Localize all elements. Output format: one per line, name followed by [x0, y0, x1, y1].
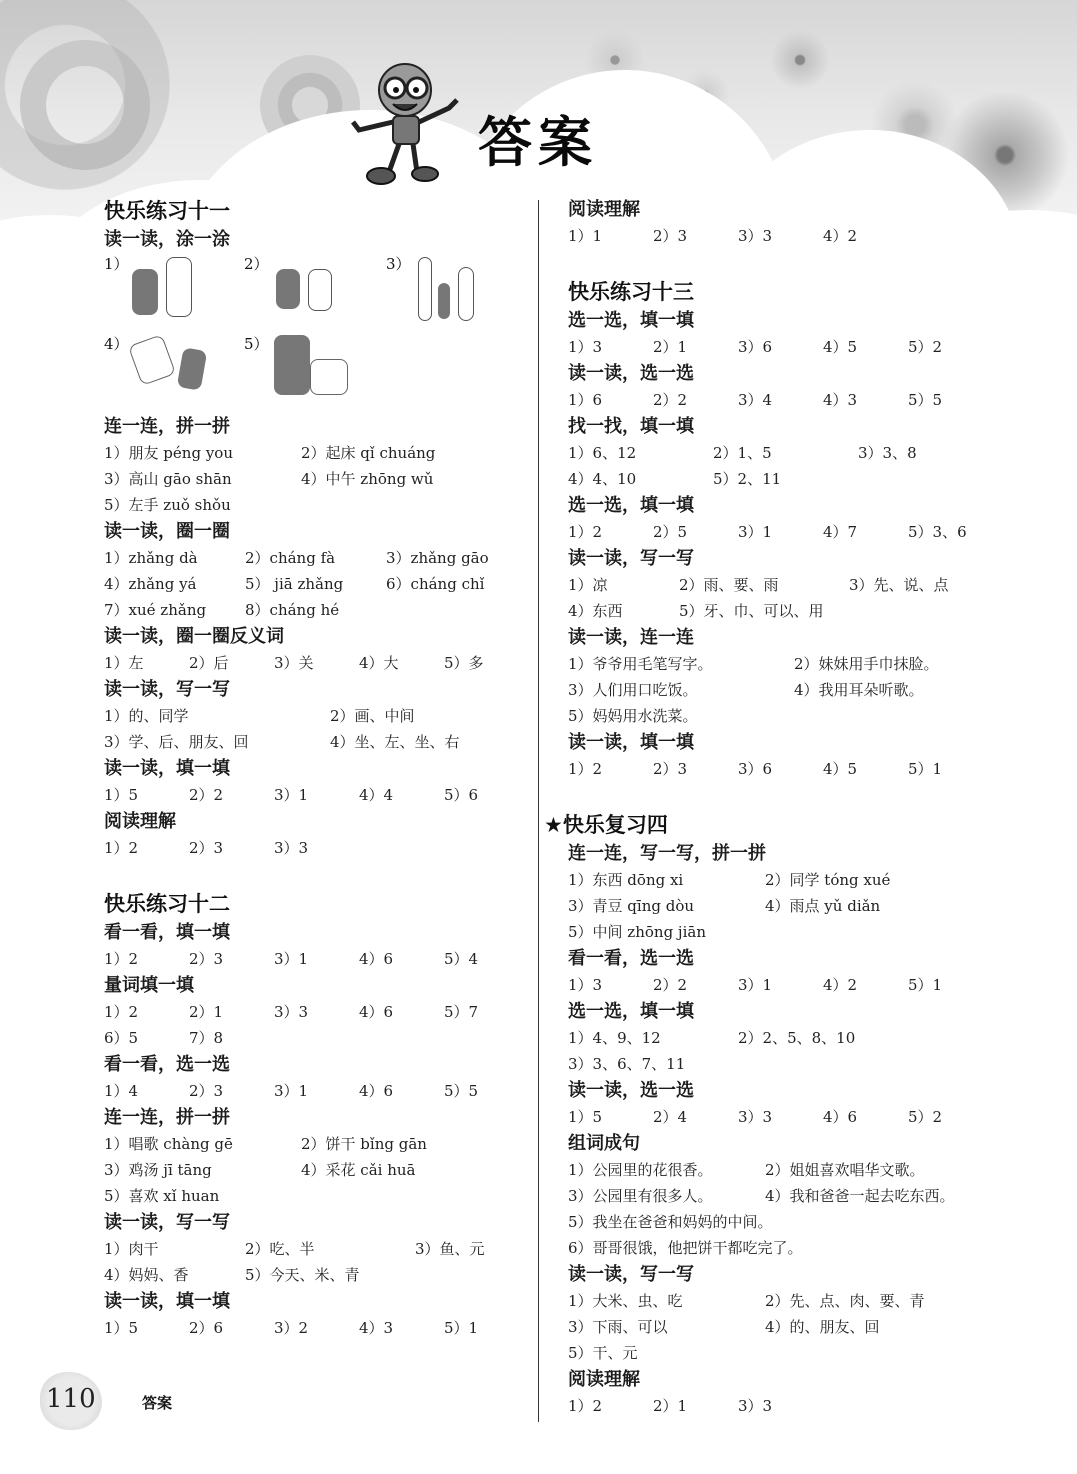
answer-item: 3）鱼、元	[415, 1236, 485, 1262]
answer-item: 1）2	[568, 519, 653, 545]
answer-row: 3）下雨、可以4）的、朋友、回	[568, 1314, 1038, 1340]
answer-item: 1）4、9、12	[568, 1025, 738, 1051]
answer-row: 1）4、9、122）2、5、8、10	[568, 1025, 1038, 1051]
subsection-title: 读一读，写一写	[104, 1209, 529, 1236]
answer-row: 1）左2）后3）关4）大5）多	[104, 650, 529, 676]
answer-item: 4）东西	[568, 598, 679, 624]
answer-item: 5）1	[444, 1315, 478, 1341]
answer-item: 4）坐、左、坐、右	[330, 729, 460, 755]
flower-decoration	[770, 30, 830, 90]
answer-item: 4）3	[823, 387, 908, 413]
column-divider	[538, 200, 539, 1422]
answer-item: 4）妈妈、香	[104, 1262, 245, 1288]
answer-row: 1）22）13）3	[568, 1393, 1038, 1419]
answer-row: 1）公园里的花很香。2）姐姐喜欢唱华文歌。	[568, 1157, 1038, 1183]
answer-row: 5）左手 zuǒ shǒu	[104, 492, 529, 518]
answer-row: 1）6、122）1、53）3、8	[568, 440, 1038, 466]
answer-item: 2）2	[653, 972, 738, 998]
answer-item: 5）2	[908, 1104, 942, 1130]
answer-item: 1）zhǎng dà	[104, 545, 245, 571]
answer-row: 6）哥哥很饿，他把饼干都吃完了。	[568, 1235, 1038, 1261]
answer-row: 1）凉2）雨、要、雨3）先、说、点	[568, 572, 1038, 598]
subsection-title: 找一找，填一填	[568, 413, 1038, 440]
answer-row: 4）东西5）牙、巾、可以、用	[568, 598, 1038, 624]
answer-item: 4）大	[359, 650, 444, 676]
answer-item: 5）喜欢 xǐ huan	[104, 1183, 219, 1209]
answer-row: 6）57）8	[104, 1025, 529, 1051]
answer-item: 2）2、5、8、10	[738, 1025, 855, 1051]
answer-item: 1）5	[568, 1104, 653, 1130]
pic-label: 1）	[104, 253, 129, 274]
answer-item: 3）青豆 qīng dòu	[568, 893, 765, 919]
subsection-title: 连一连，写一写，拼一拼	[568, 840, 1038, 867]
answer-item: 3）1	[738, 972, 823, 998]
subsection-title: 读一读，涂一涂	[104, 226, 529, 253]
answer-item: 5）我坐在爸爸和妈妈的中间。	[568, 1209, 773, 1235]
picture-children-icon	[276, 269, 300, 309]
picture-children-icon	[438, 283, 450, 319]
answer-row: 1）的、同学2）画、中间	[104, 703, 529, 729]
answer-item: 1）3	[568, 334, 653, 360]
answer-item: 1）爷爷用毛笔写字。	[568, 651, 794, 677]
answer-item: 4）采花 cǎi huā	[301, 1157, 416, 1183]
answer-item: 2）画、中间	[330, 703, 415, 729]
answer-item: 4）6	[359, 946, 444, 972]
answer-item: 5）多	[444, 650, 484, 676]
answer-item: 4）我用耳朵听歌。	[794, 677, 924, 703]
answer-item: 4）7	[823, 519, 908, 545]
section-title: ★快乐复习四	[544, 810, 1038, 840]
answer-row: 3）高山 gāo shān4）中午 zhōng wǔ	[104, 466, 529, 492]
picture-children-icon	[128, 334, 176, 386]
answer-item: 2）5	[653, 519, 738, 545]
section-title: 快乐练习十三	[568, 277, 1038, 307]
answer-row: 3）3、6、7、11	[568, 1051, 1038, 1077]
answer-item: 3）1	[274, 946, 359, 972]
answer-item: 3）3、8	[858, 440, 917, 466]
answer-item: 3）3	[738, 223, 823, 249]
answer-item: 4）5	[823, 756, 908, 782]
answer-item: 4）3	[359, 1315, 444, 1341]
answer-row: 1）32）13）64）55）2	[568, 334, 1038, 360]
answer-item: 6）哥哥很饿，他把饼干都吃完了。	[568, 1235, 803, 1261]
picture-children-icon	[418, 257, 432, 321]
answer-item: 2）1	[189, 999, 274, 1025]
answer-item: 2）3	[189, 1078, 274, 1104]
subsection-title: 看一看，选一选	[104, 1051, 529, 1078]
subsection-title: 量词填一填	[104, 972, 529, 999]
answer-row: 1）zhǎng dà2）cháng fà3）zhǎng gāo	[104, 545, 529, 571]
answer-item: 2）1、5	[713, 440, 858, 466]
answer-row: 1）朋友 péng you2）起床 qǐ chuáng	[104, 440, 529, 466]
answer-row: 4）zhǎng yá5） jiā zhǎng6）cháng chǐ	[104, 571, 529, 597]
answer-item: 5）1	[908, 972, 942, 998]
answer-item: 6）5	[104, 1025, 189, 1051]
answer-row: 5）妈妈用水洗菜。	[568, 703, 1038, 729]
answer-item: 2）3	[189, 835, 274, 861]
answer-item: 4）中午 zhōng wǔ	[301, 466, 433, 492]
answer-item: 5）牙、巾、可以、用	[679, 598, 824, 624]
picture-children-icon	[274, 335, 310, 395]
answer-item: 1）2	[568, 756, 653, 782]
answer-item: 1）东西 dōng xi	[568, 867, 765, 893]
answer-item: 4）4	[359, 782, 444, 808]
answer-item: 2）姐姐喜欢唱华文歌。	[765, 1157, 925, 1183]
answer-item: 4）4、10	[568, 466, 713, 492]
answer-item: 1）6、12	[568, 440, 713, 466]
answer-row: 1）22）53）14）75）3、6	[568, 519, 1038, 545]
answer-item: 5）左手 zuǒ shǒu	[104, 492, 231, 518]
answer-item: 5） jiā zhǎng	[245, 571, 386, 597]
picture-answers: 1） 2） 3） 4） 5）	[104, 253, 529, 413]
answer-item: 7）xué zhǎng	[104, 597, 245, 623]
answer-item: 2）先、点、肉、要、青	[765, 1288, 925, 1314]
answer-row: 1）肉干2）吃、半3）鱼、元	[104, 1236, 529, 1262]
answer-item: 2）6	[189, 1315, 274, 1341]
answer-item: 1）大米、虫、吃	[568, 1288, 765, 1314]
answer-item: 1）凉	[568, 572, 679, 598]
answer-item: 1）4	[104, 1078, 189, 1104]
answer-item: 2）起床 qǐ chuáng	[301, 440, 435, 466]
answer-item: 2）2	[189, 782, 274, 808]
answer-item: 3）3、6、7、11	[568, 1051, 685, 1077]
answer-item: 3）4	[738, 387, 823, 413]
answer-row: 1）22）33）64）55）1	[568, 756, 1038, 782]
answer-item: 5）妈妈用水洗菜。	[568, 703, 698, 729]
answer-row: 5）中间 zhōng jiān	[568, 919, 1038, 945]
answer-row: 5）干、元	[568, 1340, 1038, 1366]
answer-item: 1）1	[568, 223, 653, 249]
answer-item: 1）的、同学	[104, 703, 330, 729]
section-title-text: 快乐复习四	[563, 813, 668, 837]
answer-item: 5）2	[908, 334, 942, 360]
answer-row: 1）爷爷用毛笔写字。2）妹妹用手巾抹脸。	[568, 651, 1038, 677]
answer-item: 1）公园里的花很香。	[568, 1157, 765, 1183]
answer-row: 1）42）33）14）65）5	[104, 1078, 529, 1104]
answer-item: 2）3	[653, 223, 738, 249]
answer-item: 1）6	[568, 387, 653, 413]
footer-label: 答案	[142, 1392, 172, 1413]
subsection-title: 选一选，填一填	[568, 492, 1038, 519]
answer-item: 3）6	[738, 756, 823, 782]
answer-item: 3）zhǎng gāo	[386, 545, 489, 571]
subsection-title: 读一读，选一选	[568, 360, 1038, 387]
subsection-title: 读一读，填一填	[104, 1288, 529, 1315]
answer-item: 5）5	[908, 387, 942, 413]
section-title: 快乐练习十二	[104, 889, 529, 919]
subsection-title: 组词成句	[568, 1130, 1038, 1157]
subsection-title: 阅读理解	[568, 196, 1038, 223]
answer-item: 2）1	[653, 1393, 738, 1419]
answer-item: 3）人们用口吃饭。	[568, 677, 794, 703]
answer-row: 3）公园里有很多人。4）我和爸爸一起去吃东西。	[568, 1183, 1038, 1209]
answer-item: 3）学、后、朋友、回	[104, 729, 330, 755]
answer-item: 3）公园里有很多人。	[568, 1183, 765, 1209]
answer-row: 1）12）33）34）2	[568, 223, 1038, 249]
mascot-boy-icon	[345, 48, 465, 188]
picture-children-icon	[310, 359, 348, 395]
answer-item: 2）吃、半	[245, 1236, 415, 1262]
pic-label: 2）	[244, 253, 269, 274]
subsection-title: 阅读理解	[568, 1366, 1038, 1393]
answer-item: 1）2	[104, 946, 189, 972]
answer-item: 4）6	[823, 1104, 908, 1130]
answer-item: 5）5	[444, 1078, 478, 1104]
answer-item: 3）3	[738, 1104, 823, 1130]
subsection-title: 读一读，写一写	[568, 1261, 1038, 1288]
answer-item: 5）3、6	[908, 519, 967, 545]
right-column: 阅读理解 1）12）33）34）2 快乐练习十三 选一选，填一填 1）32）13…	[568, 196, 1038, 1419]
answer-item: 2）后	[189, 650, 274, 676]
subsection-title: 读一读，连一连	[568, 624, 1038, 651]
answer-item: 5）7	[444, 999, 478, 1025]
subsection-title: 读一读，圈一圈	[104, 518, 529, 545]
answer-item: 1）2	[104, 999, 189, 1025]
answer-item: 3）下雨、可以	[568, 1314, 765, 1340]
answer-row: 1）大米、虫、吃2）先、点、肉、要、青	[568, 1288, 1038, 1314]
answer-row: 3）青豆 qīng dòu4）雨点 yǔ diǎn	[568, 893, 1038, 919]
subsection-title: 读一读，写一写	[568, 545, 1038, 572]
answer-row: 3）学、后、朋友、回4）坐、左、坐、右	[104, 729, 529, 755]
answer-item: 8）cháng hé	[245, 597, 339, 623]
section-title: 快乐练习十一	[104, 196, 529, 226]
answer-item: 4）zhǎng yá	[104, 571, 245, 597]
answer-row: 1）22）13）34）65）7	[104, 999, 529, 1025]
left-column: 快乐练习十一 读一读，涂一涂 1） 2） 3） 4） 5） 连一连，拼一拼 1）…	[104, 196, 529, 1341]
answer-item: 3）3	[274, 835, 308, 861]
answer-item: 2）雨、要、雨	[679, 572, 849, 598]
answer-item: 2）cháng fà	[245, 545, 386, 571]
answer-item: 4）6	[359, 999, 444, 1025]
subsection-title: 读一读，圈一圈反义词	[104, 623, 529, 650]
answer-row: 1）22）33）3	[104, 835, 529, 861]
answer-row: 3）鸡汤 jī tāng4）采花 cǎi huā	[104, 1157, 529, 1183]
answer-item: 3）1	[738, 519, 823, 545]
answer-item: 7）8	[189, 1025, 223, 1051]
subsection-title: 读一读，填一填	[568, 729, 1038, 756]
answer-item: 4）6	[359, 1078, 444, 1104]
answer-row: 1）62）23）44）35）5	[568, 387, 1038, 413]
answer-row: 1）52）23）14）45）6	[104, 782, 529, 808]
answer-item: 3）先、说、点	[849, 572, 949, 598]
answer-item: 6）cháng chǐ	[386, 571, 484, 597]
answer-item: 3）3	[738, 1393, 772, 1419]
picture-children-icon	[177, 347, 208, 391]
answer-row: 1）52）63）24）35）1	[104, 1315, 529, 1341]
answer-item: 5）干、元	[568, 1340, 638, 1366]
answer-item: 1）左	[104, 650, 189, 676]
subsection-title: 看一看，填一填	[104, 919, 529, 946]
answer-row: 4）4、105）2、11	[568, 466, 1038, 492]
subsection-title: 读一读，写一写	[104, 676, 529, 703]
page-number: 110	[46, 1384, 96, 1414]
answer-row: 1）唱歌 chàng gē2）饼干 bǐng gān	[104, 1131, 529, 1157]
answer-item: 4）5	[823, 334, 908, 360]
subsection-title: 连一连，拼一拼	[104, 413, 529, 440]
answer-item: 5）中间 zhōng jiān	[568, 919, 706, 945]
answer-item: 5）4	[444, 946, 478, 972]
answer-item: 2）2	[653, 387, 738, 413]
answer-row: 1）22）33）14）65）4	[104, 946, 529, 972]
answer-item: 3）3	[274, 999, 359, 1025]
answer-item: 3）2	[274, 1315, 359, 1341]
page-title: 答案	[478, 100, 598, 177]
answer-item: 2）同学 tóng xué	[765, 867, 890, 893]
answer-item: 4）的、朋友、回	[765, 1314, 880, 1340]
pic-label: 3）	[386, 253, 411, 274]
picture-children-icon	[166, 257, 192, 317]
answer-item: 1）5	[104, 782, 189, 808]
picture-children-icon	[308, 269, 332, 311]
answer-item: 1）5	[104, 1315, 189, 1341]
answer-item: 1）3	[568, 972, 653, 998]
subsection-title: 阅读理解	[104, 808, 529, 835]
answer-row: 1）32）23）14）25）1	[568, 972, 1038, 998]
subsection-title: 连一连，拼一拼	[104, 1104, 529, 1131]
answer-item: 5）1	[908, 756, 942, 782]
answer-item: 1）肉干	[104, 1236, 245, 1262]
answer-row: 1）52）43）34）65）2	[568, 1104, 1038, 1130]
answer-item: 3）1	[274, 782, 359, 808]
answer-row: 4）妈妈、香5）今天、米、青	[104, 1262, 529, 1288]
answer-item: 4）2	[823, 972, 908, 998]
answer-row: 5）喜欢 xǐ huan	[104, 1183, 529, 1209]
subsection-title: 读一读，选一选	[568, 1077, 1038, 1104]
answer-row: 3）人们用口吃饭。4）我用耳朵听歌。	[568, 677, 1038, 703]
answer-item: 3）6	[738, 334, 823, 360]
answer-item: 4）雨点 yǔ diǎn	[765, 893, 880, 919]
subsection-title: 读一读，填一填	[104, 755, 529, 782]
pic-label: 4）	[104, 333, 129, 354]
answer-item: 4）我和爸爸一起去吃东西。	[765, 1183, 955, 1209]
answer-item: 4）2	[823, 223, 857, 249]
pic-label: 5）	[244, 333, 269, 354]
answer-item: 3）关	[274, 650, 359, 676]
answer-item: 5）今天、米、青	[245, 1262, 360, 1288]
answer-item: 1）2	[568, 1393, 653, 1419]
answer-item: 2）3	[189, 946, 274, 972]
answer-row: 1）东西 dōng xi2）同学 tóng xué	[568, 867, 1038, 893]
picture-children-icon	[132, 269, 158, 315]
answer-item: 1）朋友 péng you	[104, 440, 301, 466]
answer-item: 3）鸡汤 jī tāng	[104, 1157, 301, 1183]
answer-item: 5）2、11	[713, 466, 781, 492]
picture-children-icon	[458, 267, 474, 321]
flower-decoration	[0, 0, 170, 190]
answer-item: 2）饼干 bǐng gān	[301, 1131, 427, 1157]
answer-item: 1）2	[104, 835, 189, 861]
answer-row: 5）我坐在爸爸和妈妈的中间。	[568, 1209, 1038, 1235]
subsection-title: 选一选，填一填	[568, 307, 1038, 334]
answer-item: 2）妹妹用手巾抹脸。	[794, 651, 939, 677]
answer-row: 7）xué zhǎng8）cháng hé	[104, 597, 529, 623]
answer-item: 3）1	[274, 1078, 359, 1104]
answer-item: 2）1	[653, 334, 738, 360]
answer-item: 3）高山 gāo shān	[104, 466, 301, 492]
star-icon: ★	[544, 813, 563, 837]
subsection-title: 看一看，选一选	[568, 945, 1038, 972]
answer-item: 1）唱歌 chàng gē	[104, 1131, 301, 1157]
answer-item: 2）4	[653, 1104, 738, 1130]
answer-item: 2）3	[653, 756, 738, 782]
answer-item: 5）6	[444, 782, 478, 808]
subsection-title: 选一选，填一填	[568, 998, 1038, 1025]
